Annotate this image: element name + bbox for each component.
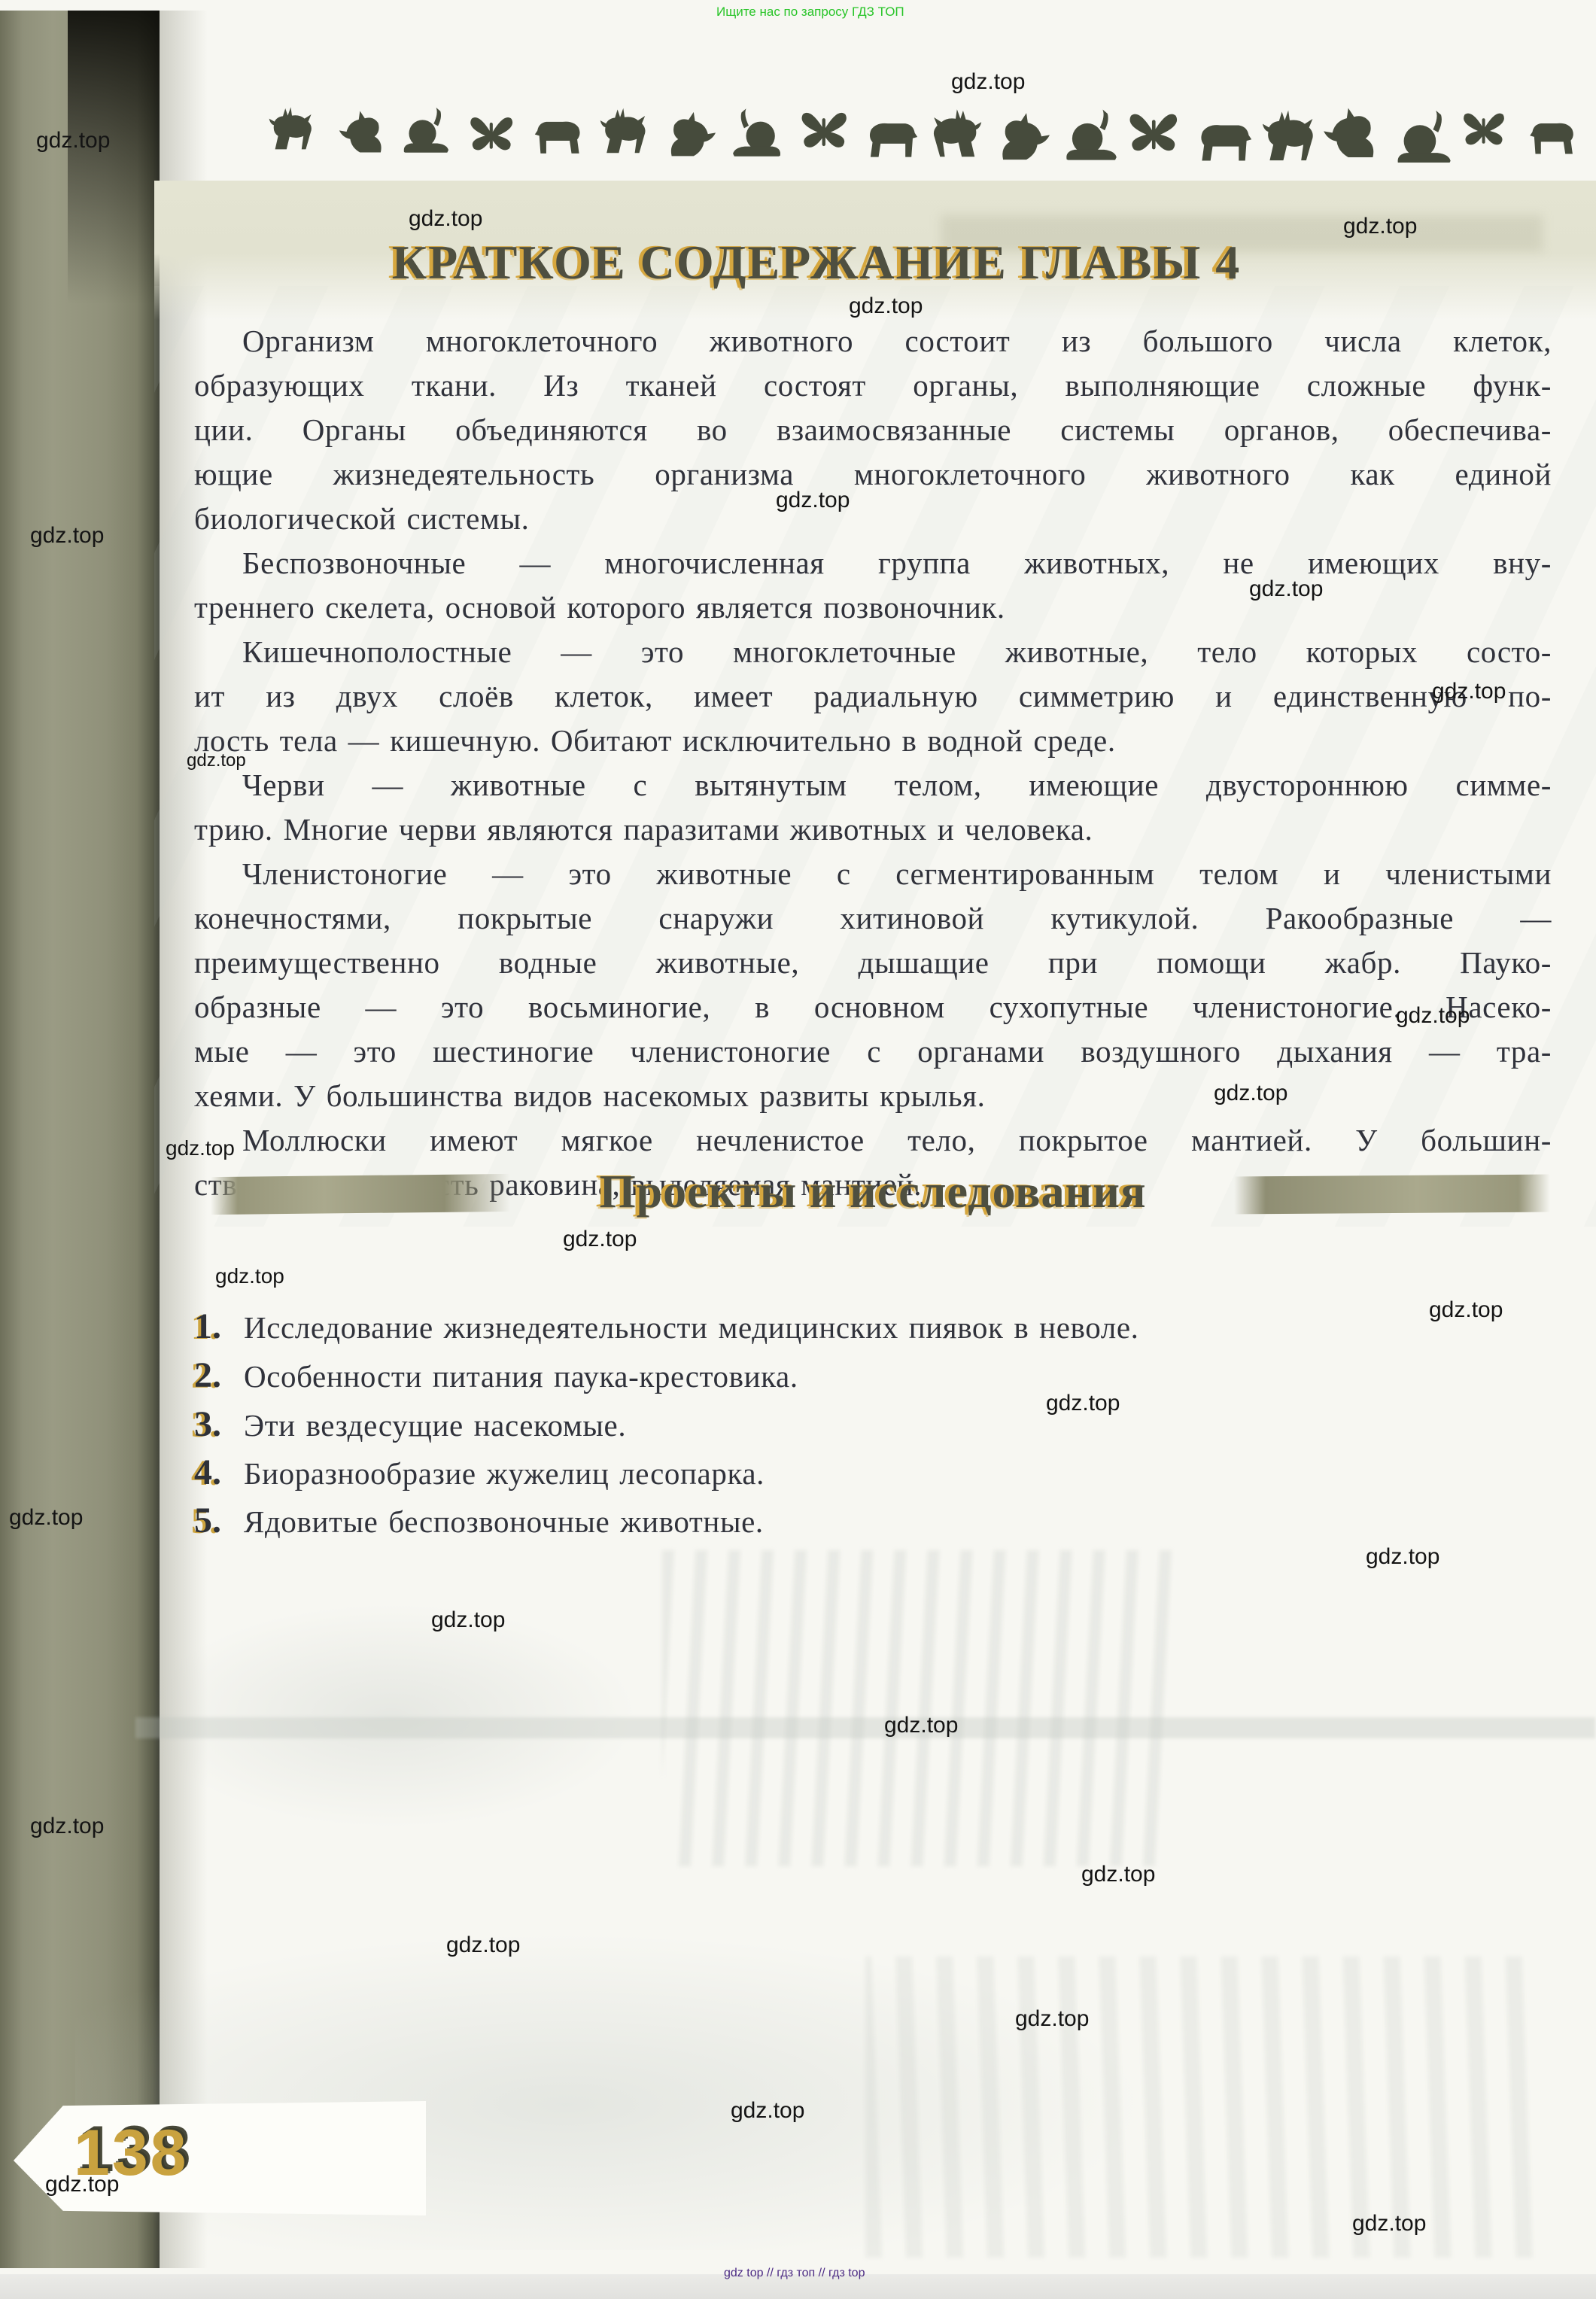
text-line: трию. Многие черви являются паразитами ж… [194, 807, 1552, 852]
text-line: Членистоногие — это животные с сегментир… [194, 852, 1552, 896]
text-line: Беспозвоночные — многочисленная группа ж… [194, 541, 1552, 585]
watermark: gdz.top [1429, 1297, 1503, 1323]
watermark: gdz.top [884, 1713, 958, 1738]
text-line: ции. Органы объединяются во взаимосвязан… [194, 408, 1552, 452]
watermark: gdz.top [563, 1227, 637, 1252]
item-number: 2. [194, 1355, 244, 1396]
watermark: gdz.top [849, 293, 923, 319]
ghost-bleedthrough [135, 1717, 1595, 1738]
watermark: gdz.top [30, 1814, 104, 1839]
text-line: лость тела — кишечную. Обитают исключите… [194, 719, 1552, 763]
item-text: Ядовитые беспозвоночные животные. [244, 1504, 764, 1539]
text-line: треннего скелета, основой которого являе… [194, 585, 1552, 630]
list-item: 1.Исследование жизнедеятельности медицин… [194, 1306, 1564, 1347]
top-promo-text: Ищите нас по запросу ГДЗ ТОП [716, 5, 904, 20]
footer-promo-text: gdz top // гдз топ // гдз top [724, 2267, 865, 2280]
watermark: gdz.top [1352, 2211, 1426, 2237]
list-item: 5.Ядовитые беспозвоночные животные. [194, 1500, 1564, 1541]
text-line: образующих ткани. Из тканей состоят орга… [194, 363, 1552, 408]
text-line: ющие жизнедеятельность организма многокл… [194, 452, 1552, 497]
item-number: 4. [194, 1452, 244, 1493]
item-text: Биоразнообразие жужелиц лесопарка. [244, 1456, 765, 1491]
watermark: gdz.top [36, 128, 110, 154]
watermark: gdz.top [1396, 1003, 1470, 1029]
text-line: мые — это шестиногие членистоногие с орг… [194, 1029, 1552, 1074]
item-number: 3. [194, 1403, 244, 1445]
watermark: gdz.top [431, 1607, 505, 1633]
ghost-bleedthrough [865, 1957, 1543, 2258]
watermark: gdz.top [1081, 1862, 1155, 1887]
ghost-bleedthrough [662, 1550, 1174, 1866]
watermark: gdz.top [776, 488, 850, 513]
scanned-textbook-page: КРАТКОЕ СОДЕРЖАНИЕ ГЛАВЫ 4 Организм мног… [0, 0, 1596, 2299]
watermark: gdz.top [731, 2098, 804, 2124]
watermark: gdz.top [30, 523, 104, 549]
ghost-bleedthrough [143, 1603, 640, 1829]
summary-paragraphs: Организм многоклеточного животного состо… [194, 319, 1552, 1207]
item-text: Особенности питания паука-крестовика. [244, 1359, 798, 1394]
watermark: gdz.top [1249, 576, 1323, 602]
item-text: Эти вездесущие насекомые. [244, 1408, 626, 1443]
list-item: 4.Биоразнообразие жужелиц лесопарка. [194, 1452, 1564, 1493]
watermark: gdz.top [9, 1505, 83, 1531]
watermark: gdz.top [1015, 2006, 1089, 2032]
watermark: gdz.top [1046, 1391, 1120, 1416]
text-line: хеями. У большинства видов насекомых раз… [194, 1074, 1552, 1118]
text-line: Организм многоклеточного животного состо… [194, 319, 1552, 363]
watermark: gdz.top [409, 206, 482, 232]
text-line: Моллюски имеют мягкое нечленистое тело, … [194, 1118, 1552, 1163]
watermark: gdz.top [1432, 679, 1506, 704]
text-line: биологической системы. [194, 497, 1552, 541]
item-number: 1. [194, 1306, 244, 1347]
animal-silhouettes-frieze-icon [268, 99, 1596, 163]
text-line: образные — это восьминогие, в основном с… [194, 985, 1552, 1029]
watermark: gdz.top [45, 2172, 119, 2197]
watermark: gdz.top [166, 1136, 235, 1160]
text-line: ит из двух слоёв клеток, имеет радиальну… [194, 674, 1552, 719]
item-number: 5. [194, 1500, 244, 1541]
watermark: gdz.top [1343, 214, 1417, 239]
text-line: Кишечнополостные — это многоклеточные жи… [194, 630, 1552, 674]
watermark: gdz.top [187, 750, 246, 771]
text-line: конечностями, покрытые снаружи хитиновой… [194, 896, 1552, 941]
text-line: преимущественно водные животные, дышащие… [194, 941, 1552, 985]
projects-heading: Проекты и исследования [194, 1166, 1552, 1219]
item-text: Исследование жизнедеятельности медицинск… [244, 1310, 1138, 1345]
watermark: gdz.top [1366, 1544, 1439, 1570]
watermark: gdz.top [446, 1933, 520, 1958]
list-item: 2.Особенности питания паука-крестовика. [194, 1355, 1564, 1396]
page-title: КРАТКОЕ СОДЕРЖАНИЕ ГЛАВЫ 4 [135, 235, 1497, 290]
watermark: gdz.top [951, 69, 1025, 95]
list-item: 3.Эти вездесущие насекомые. [194, 1403, 1564, 1445]
watermark: gdz.top [215, 1264, 284, 1288]
watermark: gdz.top [1214, 1081, 1287, 1106]
text-line: Черви — животные с вытянутым телом, имею… [194, 763, 1552, 807]
